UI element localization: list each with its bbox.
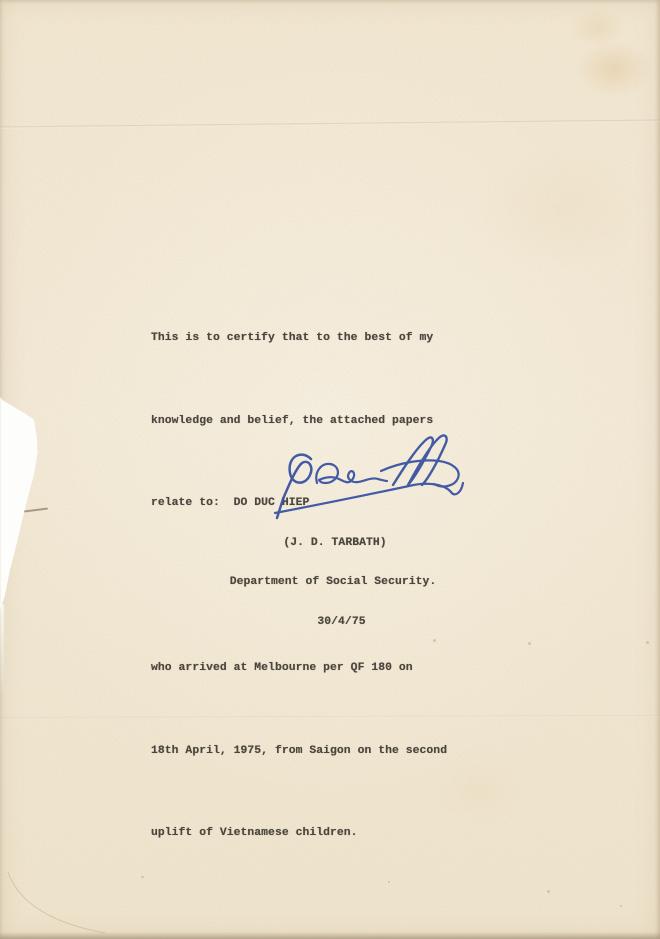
- signatory-department: Department of Social Security.: [229, 576, 437, 589]
- foxing-spot: [620, 905, 622, 907]
- certificate-line: 18th April, 1975, from Saigon on the sec…: [151, 738, 447, 766]
- signature-date: 30/4/75: [246, 616, 437, 629]
- foxing-spot: [141, 876, 144, 878]
- certificate-line: uplift of Vietnamese children.: [151, 820, 447, 848]
- paper-scratch-mark: [24, 508, 48, 513]
- certificate-line: knowledge and belief, the attached paper…: [151, 408, 447, 436]
- certificate-line: who arrived at Melbourne per QF 180 on: [151, 655, 447, 683]
- paper-crease-top: [0, 119, 660, 128]
- scanned-certificate-page: This is to certify that to the best of m…: [0, 0, 660, 939]
- signature-ink: [253, 433, 465, 528]
- paper-edge-sliver: [0, 604, 4, 699]
- scan-bottom-shadow: [0, 932, 660, 939]
- foxing-spot: [646, 641, 649, 644]
- certificate-line: This is to certify that to the best of m…: [151, 325, 447, 353]
- paper-tear-patch: [0, 390, 40, 616]
- foxing-spot: [547, 890, 550, 893]
- signature-block: (J. D. TARBATH) Department of Social Sec…: [229, 510, 437, 656]
- foxing-spot: [528, 642, 531, 645]
- signatory-name: (J. D. TARBATH): [233, 537, 437, 550]
